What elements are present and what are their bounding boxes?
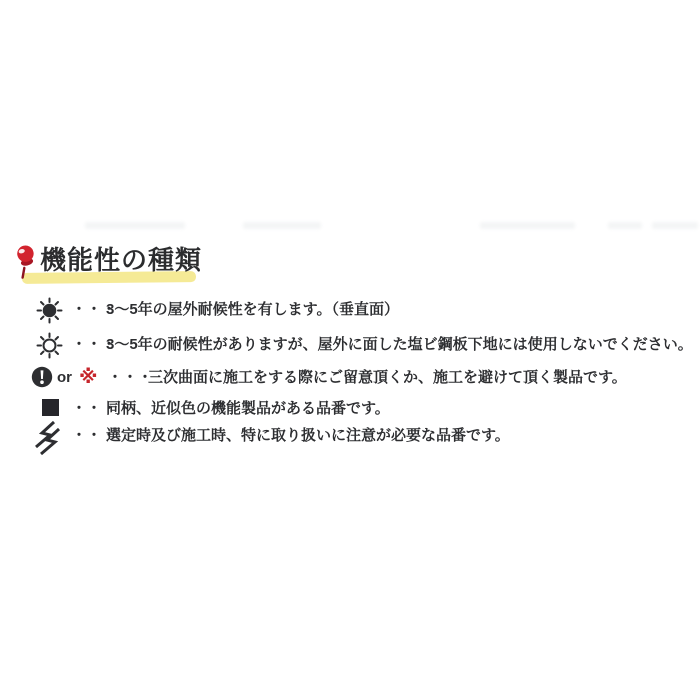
legend-row-weather-caution: ・・・ 3〜5年の耐候性がありますが、屋外に面した塩ビ鋼板下地には使用しないでく…	[0, 332, 700, 360]
page: 機能性の種類 ・・・ 3〜5年の屋外耐候性を有します。（垂直面）	[0, 0, 700, 700]
legend-text: 3〜5年の屋外耐候性を有します。（垂直面）	[106, 297, 399, 323]
cropped-text-ghost	[480, 222, 575, 229]
legend-row-handling-caution: ・・・ 選定時及び施工時、特に取り扱いに注意が必要な品番です。	[0, 423, 700, 451]
cropped-text-ghost	[243, 222, 321, 229]
cropped-text-ghost	[652, 222, 698, 229]
legend-row-curved-surface: or ※ ・・・ 三次曲面に施工をする際にご留意頂くか、施工を避けて頂く製品です…	[0, 365, 700, 393]
square-filled-icon	[42, 399, 59, 416]
reference-mark: ※	[79, 365, 97, 390]
lightning-icon	[30, 420, 62, 461]
sun-filled-icon	[36, 297, 63, 329]
section-header: 機能性の種類	[0, 240, 400, 288]
cropped-text-ghost	[608, 222, 642, 229]
sun-outline-icon	[36, 332, 63, 364]
legend-text: 選定時及び施工時、特に取り扱いに注意が必要な品番です。	[106, 423, 510, 449]
legend-text: 3〜5年の耐候性がありますが、屋外に面した塩ビ鋼板下地には使用しないでください。	[106, 332, 693, 358]
pushpin-icon	[13, 242, 41, 285]
legend-text: 同柄、近似色の機能製品がある品番です。	[106, 396, 390, 422]
exclamation-circle-icon	[31, 366, 53, 393]
or-label: or	[57, 365, 72, 390]
ellipsis-dots: ・・・	[108, 365, 153, 391]
legend-row-same-pattern: ・・・ 同柄、近似色の機能製品がある品番です。	[0, 396, 700, 424]
cropped-text-ghost	[85, 222, 185, 229]
page-title: 機能性の種類	[40, 240, 202, 277]
legend-row-outdoor-weather: ・・・ 3〜5年の屋外耐候性を有します。（垂直面）	[0, 297, 700, 325]
legend-text: 三次曲面に施工をする際にご留意頂くか、施工を避けて頂く製品です。	[148, 365, 627, 391]
